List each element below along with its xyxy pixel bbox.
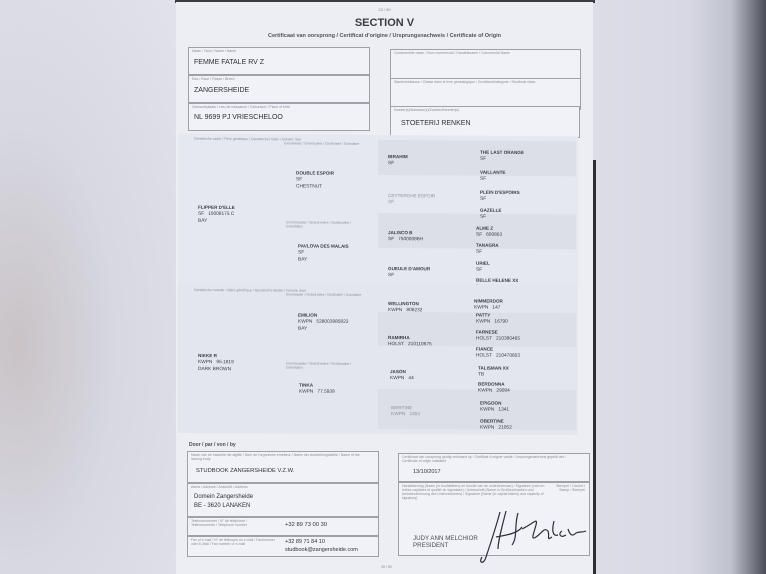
ancestor-gen3: IBRAHIMSF (388, 153, 408, 167)
name-field: Naam / Nom / Name / Name FEMME FATALE RV… (188, 47, 370, 75)
ancestor-gen4: TANAGRASF (476, 242, 499, 256)
ancestor-gen3: JASONKWPN 44 (390, 368, 414, 382)
handwritten-signature (478, 507, 588, 567)
issuing-body-field: Naam van de instantie die afgifte / Nom … (187, 451, 379, 483)
signatory: JUDY ANN MELCHIOR PRESIDENT (413, 535, 478, 549)
birthplace-field: Geboorteplaats / Lieu de naissance / Geb… (188, 103, 370, 131)
certificate-subtitle: Certificaat van oorsprong / Certificat d… (176, 33, 593, 39)
background-right (592, 0, 766, 574)
issuing-body-value: STUDBOOK ZANGERSHEIDE V.Z.W. (196, 468, 294, 474)
paternal-grandsire: DOUBLE ESPOIR SF CHESTNUT (296, 169, 334, 190)
paternal-granddam: PAVLOVA DES MALAIS SF BAY (298, 242, 349, 263)
maternal-granddam: TINKA KWPN 77.5938 (299, 382, 335, 396)
ancestor-gen4: URIELSF (476, 260, 490, 274)
breed-field: Ras / Race / Rasse / Breed ZANGERSHEIDE (188, 75, 370, 103)
breeder-field: Kweker(s)/Naisseur(s)/Zuchter/Breeder(s)… (390, 106, 580, 138)
ancestor-gen4: FARNESEHOLST 210380465 (476, 329, 520, 343)
ancestor-gen3: IBERTINEKWPN 2453 (391, 404, 420, 418)
sire-pedigree: Genetische vader / Père génétique / Gene… (178, 134, 578, 287)
breeder-value: STOETERIJ RENKEN (401, 120, 471, 127)
certificate-page: 23 / 90 SECTION V Certificaat van oorspr… (176, 2, 593, 574)
ancestor-gen3: GUEULE D'AMOURSF (388, 265, 430, 279)
ancestor-gen4: GAZELLESF (480, 207, 501, 221)
section-title: SECTION V (176, 17, 593, 29)
page-number-top: 23 / 90 (176, 7, 593, 12)
validation-date-field: Certificaat van oorsprong geldig verklaa… (398, 453, 590, 482)
issued-by-label: Door / par / von / by (189, 442, 236, 448)
page-number-bottom: 25 / 90 (381, 565, 392, 569)
ancestor-gen3: RAMIRHAHOLST 210110675 (388, 334, 432, 348)
ancestor-gen4: NIMMERDORKWPN 147 (474, 298, 503, 312)
phone-field: Telefoonnummer / N° de téléphone / Telef… (187, 517, 379, 536)
validation-date: 13/10/2017 (413, 469, 441, 475)
ancestor-gen3: JALISCO BSF 75000086H (388, 229, 423, 243)
maternal-grandsire: EMILION KWPN 528003985823 BAY (298, 312, 348, 333)
ancestor-gen4: VAILLANTESF (480, 169, 505, 183)
breed-value: ZANGERSHEIDE (194, 87, 249, 94)
horse-name: FEMME FATALE RV Z (194, 59, 264, 66)
background-left (0, 0, 176, 574)
ancestor-gen4: THE LAST ORANGESF (480, 149, 524, 163)
ancestor-gen4: PATTYKWPN 16790 (476, 312, 508, 326)
dam: NIKKE R KWPN 95.1819 DARK BROWN (198, 352, 234, 373)
ancestor-gen4: PLEIN D'ESPOIRSSF (480, 189, 520, 203)
sire: FLIPPER D'ELLE SF 10008175 C BAY (198, 204, 235, 225)
ancestor-gen4: EPIGOONKWPN 1341 (480, 400, 509, 414)
ancestor-gen4: ALME ZSF 600803 (476, 225, 502, 239)
fax-email-field: Fax of e-mail / N° de télécopie ou e-mai… (187, 536, 379, 557)
address-field: Adres / Adresse / Anschrift / Address Do… (187, 483, 379, 517)
ancestor-gen3: CEYTERGHE ESPOIRSF (388, 192, 435, 206)
address-value: Domein Zangersheide BE - 3620 LANAKEN (194, 493, 253, 511)
phone-value: +32 89 73 00 30 (285, 522, 327, 528)
ancestor-gen4: TALISMAN XXTB (478, 365, 509, 379)
fax-email-value: +32 89 71 84 10 studbook@zangersheide.co… (285, 538, 358, 554)
ancestor-gen4: FIANCEHOLST 210470603 (476, 346, 520, 360)
ancestor-gen4: OBERTINEKWPN 21052 (480, 418, 512, 432)
dam-pedigree: Genetische moeder / Mère génétique / Gen… (178, 283, 578, 435)
ancestor-gen4: BERDONNAKWPN 29094 (478, 381, 510, 395)
birthplace-value: NL 9699 PJ VRIESCHELOO (194, 114, 283, 121)
ancestor-gen3: WELLINGTONKWPN 806232 (388, 300, 422, 314)
